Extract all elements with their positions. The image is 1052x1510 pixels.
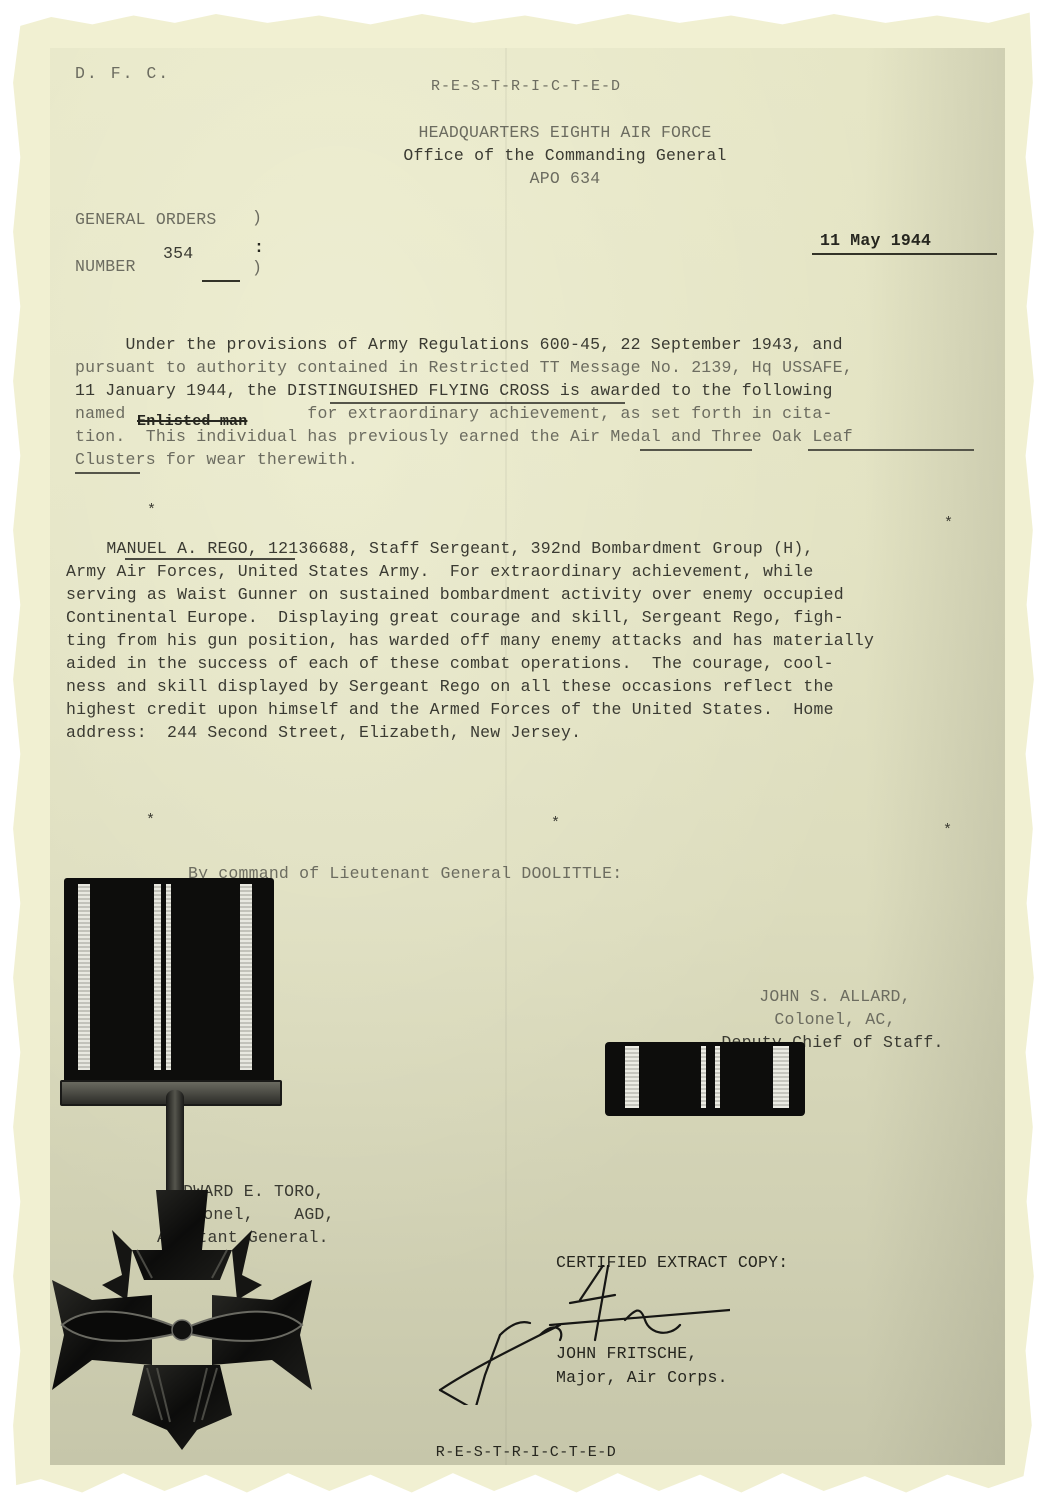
ribbon-bar (605, 1042, 805, 1116)
classification-top: R-E-S-T-R-I-C-T-E-D (0, 75, 1052, 99)
distinguished-flying-cross-icon (52, 1190, 312, 1450)
preamble-line: Clusters for wear therewith. (75, 448, 358, 472)
separator-star: * (944, 515, 953, 532)
separator-star: * (147, 502, 156, 519)
chief-of-staff-name: JOHN S. ALLARD, (700, 985, 970, 1009)
recipient-underline (125, 558, 295, 560)
certifying-officer-name: JOHN FRITSCHE, (556, 1342, 697, 1366)
date-underline (812, 253, 997, 255)
citation-line: serving as Waist Gunner on sustained bom… (66, 583, 844, 607)
general-orders-label: GENERAL ORDERS (75, 208, 216, 232)
orders-paren-bottom: ) (252, 256, 262, 280)
preamble-line: 11 January 1944, the DISTINGUISHED FLYIN… (75, 379, 833, 403)
citation-line: MANUEL A. REGO, 12136688, Staff Sergeant… (66, 537, 814, 561)
citation-line: ting from his gun position, has warded o… (66, 629, 874, 653)
chief-of-staff-rank: Colonel, AC, (700, 1008, 970, 1032)
paper-crease (505, 48, 507, 1465)
orders-paren-top: ) (252, 206, 262, 230)
separator-star: * (943, 822, 952, 839)
struck-enlisted-man: Enlisted man (137, 410, 247, 434)
medal-ribbon (64, 878, 274, 1088)
separator-star: * (551, 815, 560, 832)
header-line-1: HEADQUARTERS EIGHTH AIR FORCE (0, 121, 1052, 145)
citation-line: ness and skill displayed by Sergeant Reg… (66, 675, 834, 699)
classification-bottom: R-E-S-T-R-I-C-T-E-D (0, 1441, 1052, 1465)
oak-leaf-underline (808, 449, 974, 451)
citation-line: Army Air Forces, United States Army. For… (66, 560, 814, 584)
orders-number-label: NUMBER (75, 255, 136, 279)
header-line-3: APO 634 (0, 167, 1052, 191)
citation-line: highest credit upon himself and the Arme… (66, 698, 834, 722)
citation-line: aided in the success of each of these co… (66, 652, 834, 676)
preamble-line: pursuant to authority contained in Restr… (75, 356, 853, 380)
order-date: 11 May 1944 (820, 229, 931, 253)
certifying-officer-rank: Major, Air Corps. (556, 1366, 728, 1390)
header-line-2: Office of the Commanding General (0, 144, 1052, 168)
citation-line: Continental Europe. Displaying great cou… (66, 606, 844, 630)
number-underline (202, 280, 240, 282)
citation-line: address: 244 Second Street, Elizabeth, N… (66, 721, 581, 745)
clusters-underline (75, 472, 140, 474)
award-underline (330, 402, 625, 404)
separator-star: * (146, 812, 155, 829)
air-medal-underline (640, 449, 752, 451)
orders-number: 354 (163, 242, 193, 266)
photo-vignette (865, 48, 1005, 1465)
preamble-line: Under the provisions of Army Regulations… (75, 333, 843, 357)
